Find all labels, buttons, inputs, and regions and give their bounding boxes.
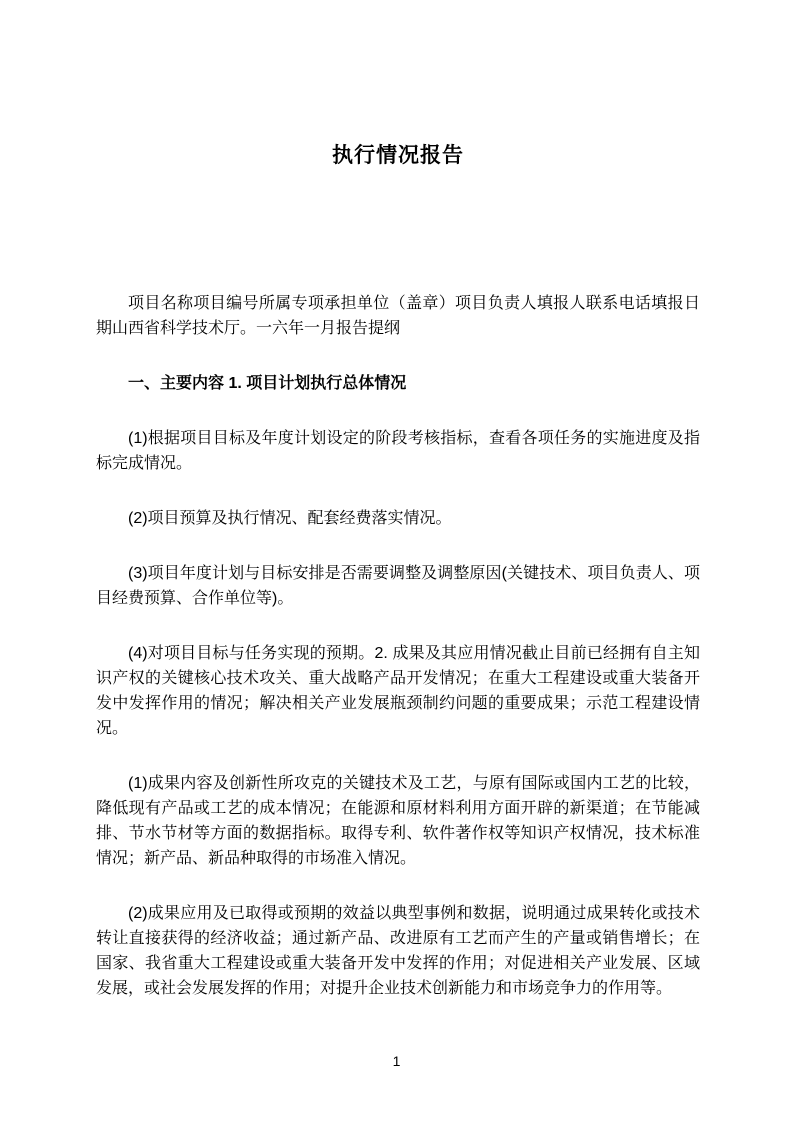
document-page: 执行情况报告 项目名称项目编号所属专项承担单位（盖章）项目负责人填报人联系电话填… [0,0,793,1122]
paragraph-item-1: (1)根据项目目标及年度计划设定的阶段考核指标，查看各项任务的实施进度及指标完成… [96,426,700,476]
document-title: 执行情况报告 [96,143,700,169]
document-body: 项目名称项目编号所属专项承担单位（盖章）项目负责人填报人联系电话填报日期山西省科… [96,291,700,1001]
paragraph-results-item-2: (2)成果应用及已取得或预期的效益以典型事例和数据，说明通过成果转化或技术转让直… [96,901,700,1001]
paragraph-item-3: (3)项目年度计划与目标安排是否需要调整及调整原因(关键技术、项目负责人、项目经… [96,561,700,611]
paragraph-results-item-1: (1)成果内容及创新性所攻克的关键技术及工艺，与原有国际或国内工艺的比较，降低现… [96,771,700,871]
paragraph-header-fields: 项目名称项目编号所属专项承担单位（盖章）项目负责人填报人联系电话填报日期山西省科… [96,291,700,341]
paragraph-item-2: (2)项目预算及执行情况、配套经费落实情况。 [96,506,700,531]
page-number: 1 [0,1052,793,1070]
section-heading-main-content: 一、主要内容 1. 项目计划执行总体情况 [96,371,700,396]
paragraph-item-4: (4)对项目目标与任务实现的预期。2. 成果及其应用情况截止目前已经拥有自主知识… [96,641,700,741]
